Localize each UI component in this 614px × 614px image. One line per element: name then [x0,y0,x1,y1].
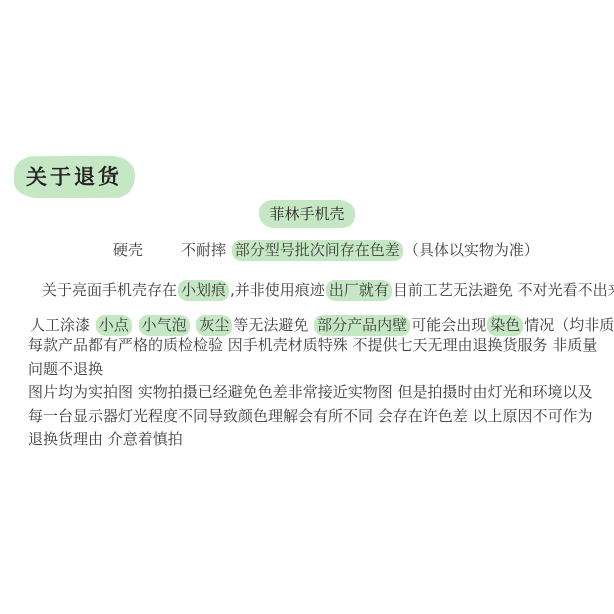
policy-paragraph: 每款产品都有严格的质检检验 因手机壳材质特殊 不提供七天无理由退换货服务 非质量… [28,334,597,452]
gloss-text-mid: ,并非使用痕迹 [230,281,325,299]
hardshell-text: 不耐摔 [181,241,231,259]
hardshell-highlight-color-difference: 部分型号批次间存在色差 [232,240,403,261]
product-type-row: 菲林手机壳 [0,200,614,228]
paragraph-line: 每款产品都有严格的质检检验 因手机壳材质特殊 不提供七天无理由退换货服务 非质量 [28,334,597,358]
gloss-text-post: 目前工艺无法避免 不对光看不出来 [393,281,614,299]
paint-space-2 [191,316,196,334]
paint-space-1 [133,316,138,334]
paint-highlight-dots: 小点 [96,315,132,336]
paint-defects-line: 人工涂漆 小点 小气泡 灰尘等无法避免 部分产品内壁可能会出现染色情况（均非质量… [30,314,614,335]
paint-text-pre: 人工涂漆 [30,316,95,334]
return-policy-notice: 关于退货 菲林手机壳 硬壳不耐摔 部分型号批次间存在色差（具体以实物为准） 关于… [0,0,614,614]
paint-highlight-inner-wall: 部分产品内壁 [314,315,410,336]
page-title: 关于退货 [14,156,135,199]
paragraph-line: 图片均为实拍图 实物拍摄已经避免色差非常接近实物图 但是拍摄时由灯光和环境以及 [28,381,597,405]
paragraph-line: 问题不退换 [28,358,597,382]
gloss-highlight-scratches: 小划痕 [178,280,229,301]
hardshell-line: 硬壳不耐摔 部分型号批次间存在色差（具体以实物为准） [113,239,539,260]
paint-text-post: 情况（均非质量问题） [524,316,614,334]
glossy-case-line: 关于亮面手机壳存在小划痕,并非使用痕迹出厂就有目前工艺无法避免 不对光看不出来 [42,279,614,300]
gloss-highlight-factory: 出厂就有 [326,280,392,301]
paint-highlight-bubbles: 小气泡 [139,315,190,336]
hardshell-note: （具体以实物为准） [404,241,539,259]
hardshell-label: 硬壳 [113,241,143,259]
gloss-text-pre: 关于亮面手机壳存在 [42,281,177,299]
paint-highlight-staining: 染色 [487,315,523,336]
paint-text-mid2: 可能会出现 [411,316,486,334]
paint-text-mid1: 等无法避免 [233,316,313,334]
product-type-label: 菲林手机壳 [259,200,354,228]
paint-highlight-dust: 灰尘 [196,315,232,336]
paragraph-line: 每一台显示器灯光程度不同导致颜色理解会有所不同 会存在许色差 以上原因不可作为 [28,405,597,429]
paragraph-line: 退换货理由 介意着慎拍 [28,428,597,452]
page-title-wrap: 关于退货 [14,156,135,198]
